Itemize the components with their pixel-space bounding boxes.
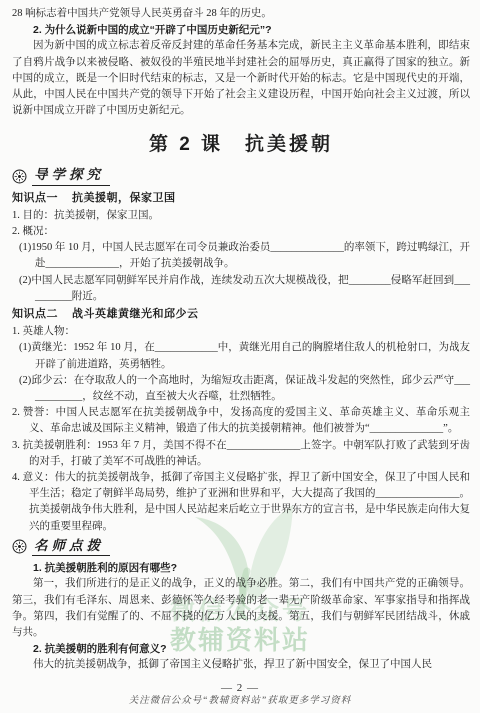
kp2-item-victory: 3. 抗美援朝胜利：1953 年 7 月，美国不得不在_____________… [12,438,470,470]
answer-new-china: 因为新中国的成立标志着反帝反封建的革命任务基本完成，新民主主义革命基本胜利，即结… [12,38,470,119]
kp1-title: 抗美援朝，保家卫国 [72,192,176,204]
kp1-item-overview: 2. 概况： [12,224,470,240]
tips-question-1: 1. 抗美援朝胜利的原因有哪些? [12,560,470,576]
rosette-icon [12,539,27,554]
kp2-item-heroes: 1. 英雄人物： [12,324,470,340]
kp1-label: 知识点一 [12,192,58,204]
tips-question-2: 2. 抗美援朝的胜利有何意义? [12,641,470,657]
page-footer: — 2 — 关注微信公众号“教辅资料站”获取更多学习资料 [0,682,480,708]
section-header-guided-inquiry: 导学探究 [12,167,470,185]
kp2-label: 知识点二 [12,308,58,320]
section-title-teacher-tips: 名师点拨 [32,538,110,556]
carryover-line: 28 响标志着中国共产党领导人民英勇奋斗 28 年的历史。 [12,6,470,22]
kp1-item-purpose: 1. 目的：抗美援朝，保家卫国。 [12,208,470,224]
kp1-subitem-2: (2)中国人民志愿军同朝鲜军民并肩作战，连续发动五次大规模战役，把_______… [19,273,470,305]
kp1-header: 知识点一抗美援朝，保家卫国 [12,190,470,206]
section-header-teacher-tips: 名师点拨 [12,538,470,556]
page-content: 28 响标志着中国共产党领导人民英勇奋斗 28 年的历史。 2. 为什么说新中国… [0,0,480,674]
lesson-title: 第 2 课 抗美援朝 [12,133,470,157]
footer-note: 关注微信公众号“教辅资料站”获取更多学习资料 [0,695,480,708]
kp2-subitem-huangjiguang: (1)黄继光：1952 年 10 月，在____________中，黄继光用自己… [19,340,470,372]
question-new-china: 2. 为什么说新中国的成立“开辟了中国历史新纪元”? [12,22,470,38]
kp2-header: 知识点二战斗英雄黄继光和邱少云 [12,306,470,322]
tips-answer-2-partial: 伟大的抗美援朝战争，抵御了帝国主义侵略扩张，捍卫了新中国安全，保卫了中国人民 [12,657,470,673]
page-number: — 2 — [0,682,480,695]
kp2-title: 战斗英雄黄继光和邱少云 [72,308,199,320]
rosette-icon [12,169,27,184]
textbook-page: 微信公众号 教辅资料站 28 响标志着中国共产党领导人民英勇奋斗 28 年的历史… [0,0,480,713]
kp2-item-praise: 2. 赞誉：中国人民志愿军在抗美援朝战争中，发扬高度的爱国主义、革命英雄主义、革… [12,405,470,437]
tips-answer-1: 第一，我们所进行的是正义的战争，正义的战争必胜。第二，我们有中国共产党的正确领导… [12,576,470,641]
kp2-item-significance: 4. 意义：伟大的抗美援朝战争，抵御了帝国主义侵略扩张，捍卫了新中国安全，保卫了… [12,470,470,535]
section-title-guided-inquiry: 导学探究 [32,167,110,185]
kp1-subitem-1: (1)1950 年 10 月，中国人民志愿军在司令员兼政治委员_________… [19,240,470,272]
kp2-subitem-qiushaoyun: (2)邱少云：在夺取敌人的一个高地时，为缩短攻击距离，保证战斗发起的突然性，邱少… [19,373,470,405]
